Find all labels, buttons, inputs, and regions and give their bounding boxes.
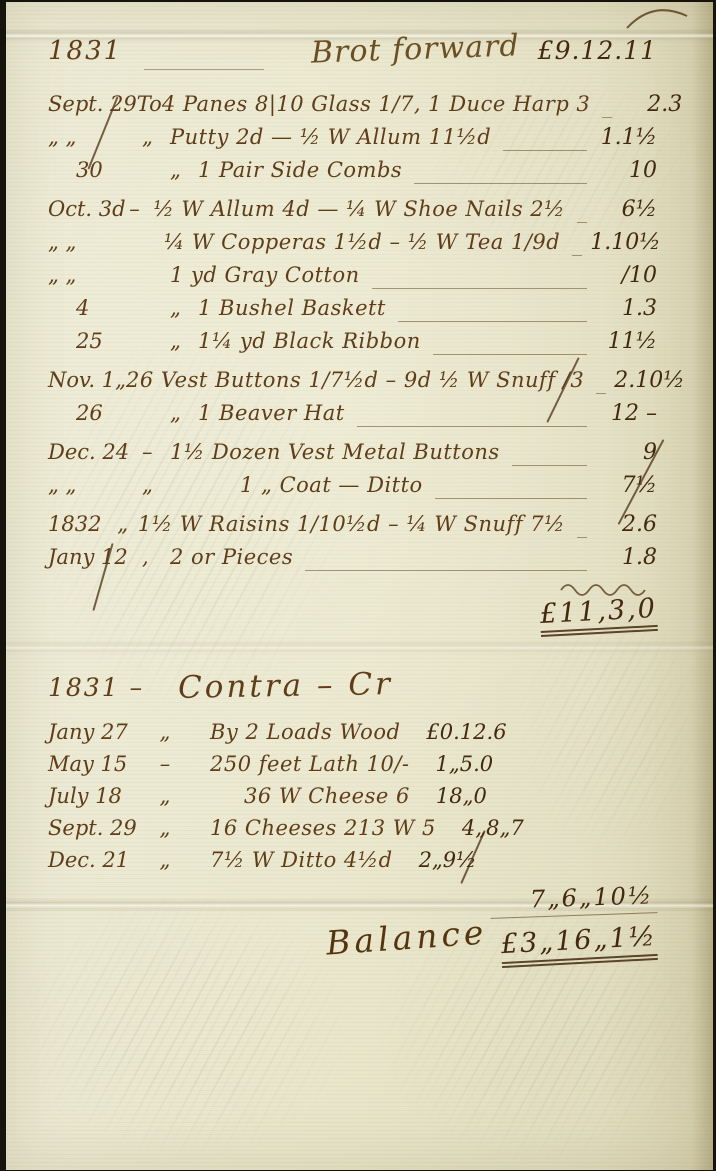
entry-date: „ „ (48, 473, 142, 497)
entry-amount: 2„9½ (419, 848, 477, 872)
ink-rule (577, 222, 587, 223)
entry-description: 4 Panes 8|10 Glass 1/7, 1 Duce Harp 3 (162, 92, 590, 116)
entry-amount: 7½ (595, 473, 657, 498)
ledger-row: July 18 „ 36 W Cheese 6 18„0 (48, 784, 657, 816)
ledger-content: 1831 Brot forward £9.12.11 Sept. 29 To 4… (48, 32, 657, 964)
balance-label: Balance (324, 912, 488, 962)
balance-amount: £3„16„1½ (500, 921, 658, 968)
brought-forward-label: Brot forward (310, 28, 520, 70)
entry-ditto: „ (148, 848, 182, 872)
entry-description: Putty 2d — ½ W Allum 11½d (170, 125, 491, 149)
contra-year: 1831 – (48, 673, 178, 702)
contra-heading: 1831 – Contra – Cr (48, 668, 657, 720)
ink-rule (596, 393, 606, 394)
ink-rule (503, 150, 587, 151)
entry-ditto: „ (148, 784, 182, 808)
entry-amount: 4„8„7 (462, 816, 524, 840)
entry-ditto: „ (170, 158, 198, 182)
entry-date: „ „ (48, 125, 142, 149)
entry-amount: 9 (595, 440, 657, 465)
entry-amount: 12 – (595, 401, 657, 426)
entry-ditto: „ (170, 296, 198, 320)
entry-date: Oct. 3d (48, 197, 129, 221)
entry-ditto: – (129, 197, 153, 221)
debit-total-row: £11,3,0 (48, 580, 657, 634)
entry-amount: 1.1½ (595, 125, 657, 150)
ink-rule (144, 69, 264, 70)
contra-subtotal-amount: 7„6„10½ (489, 881, 657, 919)
entry-description: 1 Beaver Hat (198, 401, 345, 425)
entry-date: July 18 (48, 784, 148, 808)
entry-date: Sept. 29 (48, 816, 148, 840)
entry-description: 1 Bushel Baskett (198, 296, 386, 320)
entry-description: 7½ W Ditto 4½d (210, 848, 393, 872)
entry-description: By 2 Loads Wood (210, 720, 400, 744)
entry-amount: 1.8 (595, 545, 657, 570)
ledger-row: Jany 27 „ By 2 Loads Wood £0.12.6 (48, 720, 657, 752)
entry-description: ¼ W Copperas 1½d – ½ W Tea 1/9d (164, 230, 560, 254)
ink-rule (372, 288, 587, 289)
entry-date: „ „ (48, 230, 137, 254)
entry-description: 1¼ yd Black Ribbon (198, 329, 421, 353)
debit-total-amount: £11,3,0 (539, 593, 658, 637)
contra-subtotal-row: 7„6„10½ (48, 884, 657, 916)
ledger-row: „ „ ¼ W Copperas 1½d – ½ W Tea 1/9d 1.10… (48, 230, 657, 263)
ink-rule (577, 537, 587, 538)
entry-ditto: „ (170, 329, 198, 353)
ink-rule (357, 426, 587, 427)
entry-amount: 2.10½ (614, 368, 676, 393)
ledger-row: May 15 – 250 feet Lath 10/- 1„5.0 (48, 752, 657, 784)
entry-date: 1832 (48, 512, 117, 536)
entry-amount: 1.3 (595, 296, 657, 321)
entry-date: Dec. 24 (48, 440, 142, 464)
entry-date: May 15 (48, 752, 148, 776)
ledger-row: 25 „ 1¼ yd Black Ribbon 11½ (48, 329, 657, 362)
ledger-row: Nov. 1 „ 26 Vest Buttons 1/7½d – 9d ½ W … (48, 368, 657, 401)
entry-description: 250 feet Lath 10/- (210, 752, 410, 776)
entry-date: „ „ (48, 263, 142, 287)
balance-row: Balance £3„16„1½ (48, 918, 657, 964)
entry-date: 25 (48, 329, 170, 353)
brought-forward-amount: £9.12.11 (538, 36, 657, 65)
entry-date: 4 (48, 296, 170, 320)
entry-date: 30 (48, 158, 170, 182)
ledger-row: „ „ „ Putty 2d — ½ W Allum 11½d 1.1½ (48, 125, 657, 158)
ink-rule (602, 117, 612, 118)
entry-amount: 10 (595, 158, 657, 183)
ink-rule (414, 183, 587, 184)
entry-date: Jany 12 (48, 545, 142, 569)
entry-description: 16 Cheeses 213 W 5 (210, 816, 436, 840)
entry-ditto: „ (142, 473, 170, 497)
entry-amount: 18„0 (436, 784, 487, 808)
entry-ditto: – (142, 440, 170, 464)
entry-date: 26 (48, 401, 170, 425)
ledger-row: „ „ „ 1 „ Coat — Ditto 7½ (48, 473, 657, 506)
ink-rule (572, 255, 582, 256)
year-label: 1831 (48, 36, 144, 66)
entry-amount: 11½ (595, 329, 657, 354)
entry-description: 1 Pair Side Combs (198, 158, 402, 182)
ledger-row: 1832 „ 1½ W Raisins 1/10½d – ¼ W Snuff 7… (48, 512, 657, 545)
ledger-row: Jany 12 , 2 or Pieces 1.8 (48, 545, 657, 578)
entry-description: 1½ W Raisins 1/10½d – ¼ W Snuff 7½ (138, 512, 565, 536)
entry-amount: 1.10½ (590, 230, 657, 255)
ink-rule (435, 498, 587, 499)
scanned-ledger-page: 1831 Brot forward £9.12.11 Sept. 29 To 4… (0, 0, 716, 1171)
brought-forward-line: 1831 Brot forward £9.12.11 (48, 32, 657, 78)
ledger-row: Dec. 24 – 1½ Dozen Vest Metal Buttons 9 (48, 440, 657, 473)
ledger-row: 26 „ 1 Beaver Hat 12 – (48, 401, 657, 434)
entry-description: 1 „ Coat — Ditto (170, 473, 423, 497)
entry-ditto: „ (142, 125, 170, 149)
entry-description: 26 Vest Buttons 1/7½d – 9d ½ W Snuff /3 (126, 368, 584, 392)
debit-section: Sept. 29 To 4 Panes 8|10 Glass 1/7, 1 Du… (48, 92, 657, 634)
ink-rule (512, 465, 587, 466)
ledger-row: Oct. 3d – ½ W Allum 4d — ¼ W Shoe Nails … (48, 197, 657, 230)
ledger-row: 30 „ 1 Pair Side Combs 10 (48, 158, 657, 191)
edge-flourish (623, 8, 693, 30)
entry-ditto: „ (115, 368, 126, 392)
contra-section: Jany 27 „ By 2 Loads Wood £0.12.6 May 15… (48, 720, 657, 964)
entry-ditto: „ (117, 512, 138, 536)
entry-description: 1 yd Gray Cotton (170, 263, 360, 287)
entry-ditto: To (137, 92, 162, 116)
entry-description: 1½ Dozen Vest Metal Buttons (170, 440, 500, 464)
entry-ditto: „ (148, 720, 182, 744)
ledger-row: 4 „ 1 Bushel Baskett 1.3 (48, 296, 657, 329)
entry-amount: 2.6 (595, 512, 657, 537)
paper: 1831 Brot forward £9.12.11 Sept. 29 To 4… (6, 2, 713, 1170)
entry-amount: £0.12.6 (426, 720, 506, 744)
entry-ditto: – (148, 752, 182, 776)
entry-description: 2 or Pieces (170, 545, 293, 569)
entry-amount: /10 (595, 263, 657, 288)
ledger-row: Sept. 29 „ 16 Cheeses 213 W 5 4„8„7 (48, 816, 657, 848)
contra-title: Contra – Cr (178, 666, 393, 706)
entry-date: Dec. 21 (48, 848, 148, 872)
entry-amount: 6½ (595, 197, 657, 222)
entry-date: Nov. 1 (48, 368, 115, 392)
ledger-row: „ „ 1 yd Gray Cotton /10 (48, 263, 657, 296)
ink-rule (398, 321, 587, 322)
entry-ditto: „ (148, 816, 182, 840)
entry-description: ½ W Allum 4d — ¼ W Shoe Nails 2½ (153, 197, 565, 221)
entry-ditto: , (142, 545, 170, 569)
ink-rule (433, 354, 587, 355)
entry-date: Jany 27 (48, 720, 148, 744)
ink-rule (305, 570, 587, 571)
entry-amount: 2.3 (620, 92, 682, 117)
entry-ditto: „ (170, 401, 198, 425)
entry-amount: 1„5.0 (436, 752, 494, 776)
entry-description: 36 W Cheese 6 (210, 784, 410, 808)
entry-date: Sept. 29 (48, 92, 137, 116)
ledger-row: Dec. 21 „ 7½ W Ditto 4½d 2„9½ (48, 848, 657, 880)
ledger-row: Sept. 29 To 4 Panes 8|10 Glass 1/7, 1 Du… (48, 92, 657, 125)
